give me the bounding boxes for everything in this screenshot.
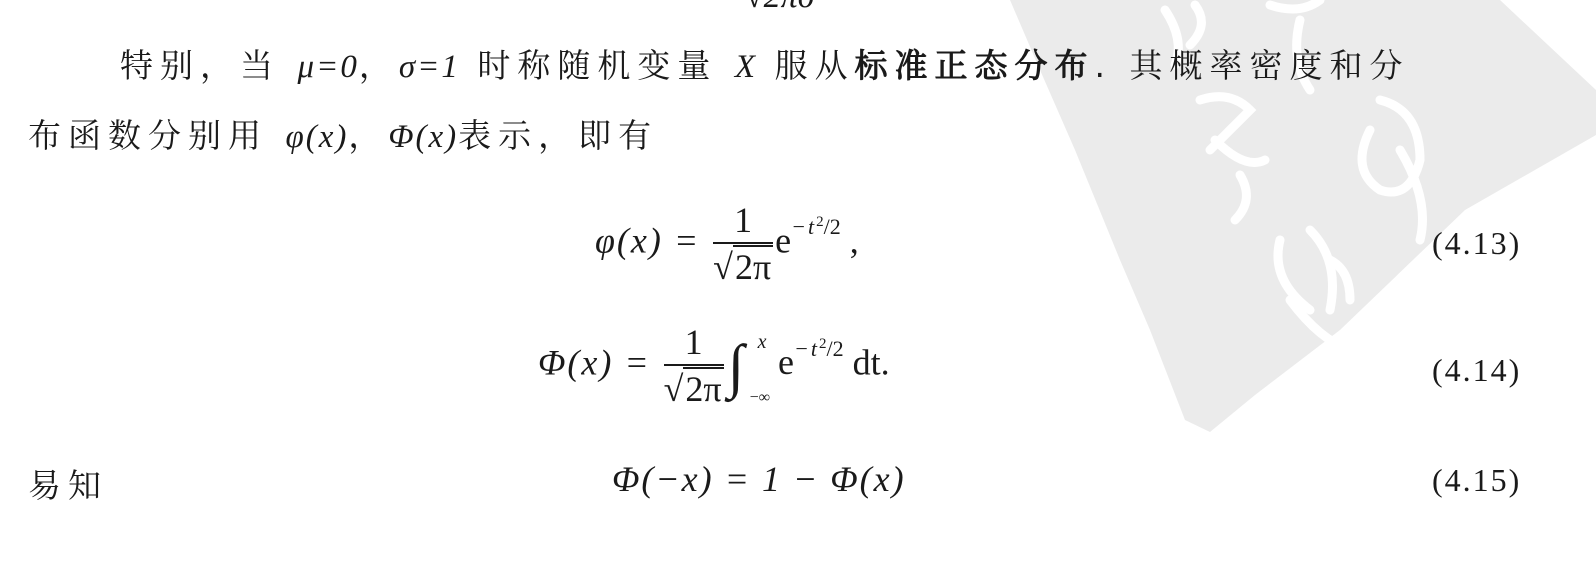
equation-number-4-14: (4.14) xyxy=(1432,352,1521,389)
line2-suffix: 表示，即有 xyxy=(458,116,658,155)
integral-icon: ∫x−∞ xyxy=(728,336,744,396)
top-formula-fragment: √2πσ xyxy=(745,0,814,16)
eq2-lhs: Φ(x) = xyxy=(538,342,662,382)
line1-comma: ， xyxy=(359,46,399,85)
phi-big-notation: Φ(x) xyxy=(388,119,458,155)
paragraph-line-2: 布函数分别用 φ(x)，Φ(x)表示，即有 xyxy=(28,110,658,157)
sqrt-icon: √2π xyxy=(664,366,724,412)
eq1-fraction: 1√2π xyxy=(713,198,773,290)
eq2-numerator: 1 xyxy=(664,320,724,366)
eq2-fraction: 1√2π xyxy=(664,320,724,412)
lead-text-yi-zhi: 易知 xyxy=(28,460,108,507)
line1-mid2: 服从 xyxy=(757,46,855,85)
line1-mid: 时称随机变量 xyxy=(460,46,735,85)
line1-suffix: . 其概率密度和分 xyxy=(1095,46,1410,85)
equation-4-14: Φ(x) = 1√2π∫x−∞e−t2/2 dt. xyxy=(538,320,890,412)
equation-number-4-15: (4.15) xyxy=(1432,462,1521,499)
line2-prefix: 布函数分别用 xyxy=(28,116,286,155)
eq1-lhs: φ(x) = xyxy=(595,220,711,260)
eq1-tail: , xyxy=(841,220,859,260)
equation-4-13: φ(x) = 1√2πe−t2/2 , xyxy=(595,198,859,290)
eq1-exponent: −t2/2 xyxy=(791,214,841,239)
line1-prefix: 特别，当 xyxy=(120,46,298,85)
eq2-denominator: √2π xyxy=(664,366,724,412)
sigma-equation: σ=1 xyxy=(399,49,460,85)
eq1-denominator: √2π xyxy=(713,244,773,290)
integral-upper-limit: x xyxy=(758,332,767,352)
integral-lower-limit: −∞ xyxy=(750,390,770,406)
random-variable-x: X xyxy=(735,49,757,85)
eq2-exponent: −t2/2 xyxy=(794,336,844,361)
equation-number-4-13: (4.13) xyxy=(1432,225,1521,262)
bold-term-standard-normal: 标准正态分布 xyxy=(855,46,1095,85)
mu-equation: μ=0 xyxy=(298,49,359,85)
eq2-base: e xyxy=(778,342,794,382)
eq1-base: e xyxy=(775,220,791,260)
paragraph-line-1: 特别，当 μ=0，σ=1 时称随机变量 X 服从标准正态分布. 其概率密度和分 xyxy=(120,40,1410,87)
equation-4-15: Φ(−x) = 1 − Φ(x) xyxy=(612,458,906,500)
phi-small-notation: φ(x) xyxy=(286,119,349,155)
eq2-tail: dt. xyxy=(844,342,890,382)
sqrt-icon: √2π xyxy=(713,244,773,290)
eq1-numerator: 1 xyxy=(713,198,773,244)
line2-comma: ， xyxy=(348,116,388,155)
